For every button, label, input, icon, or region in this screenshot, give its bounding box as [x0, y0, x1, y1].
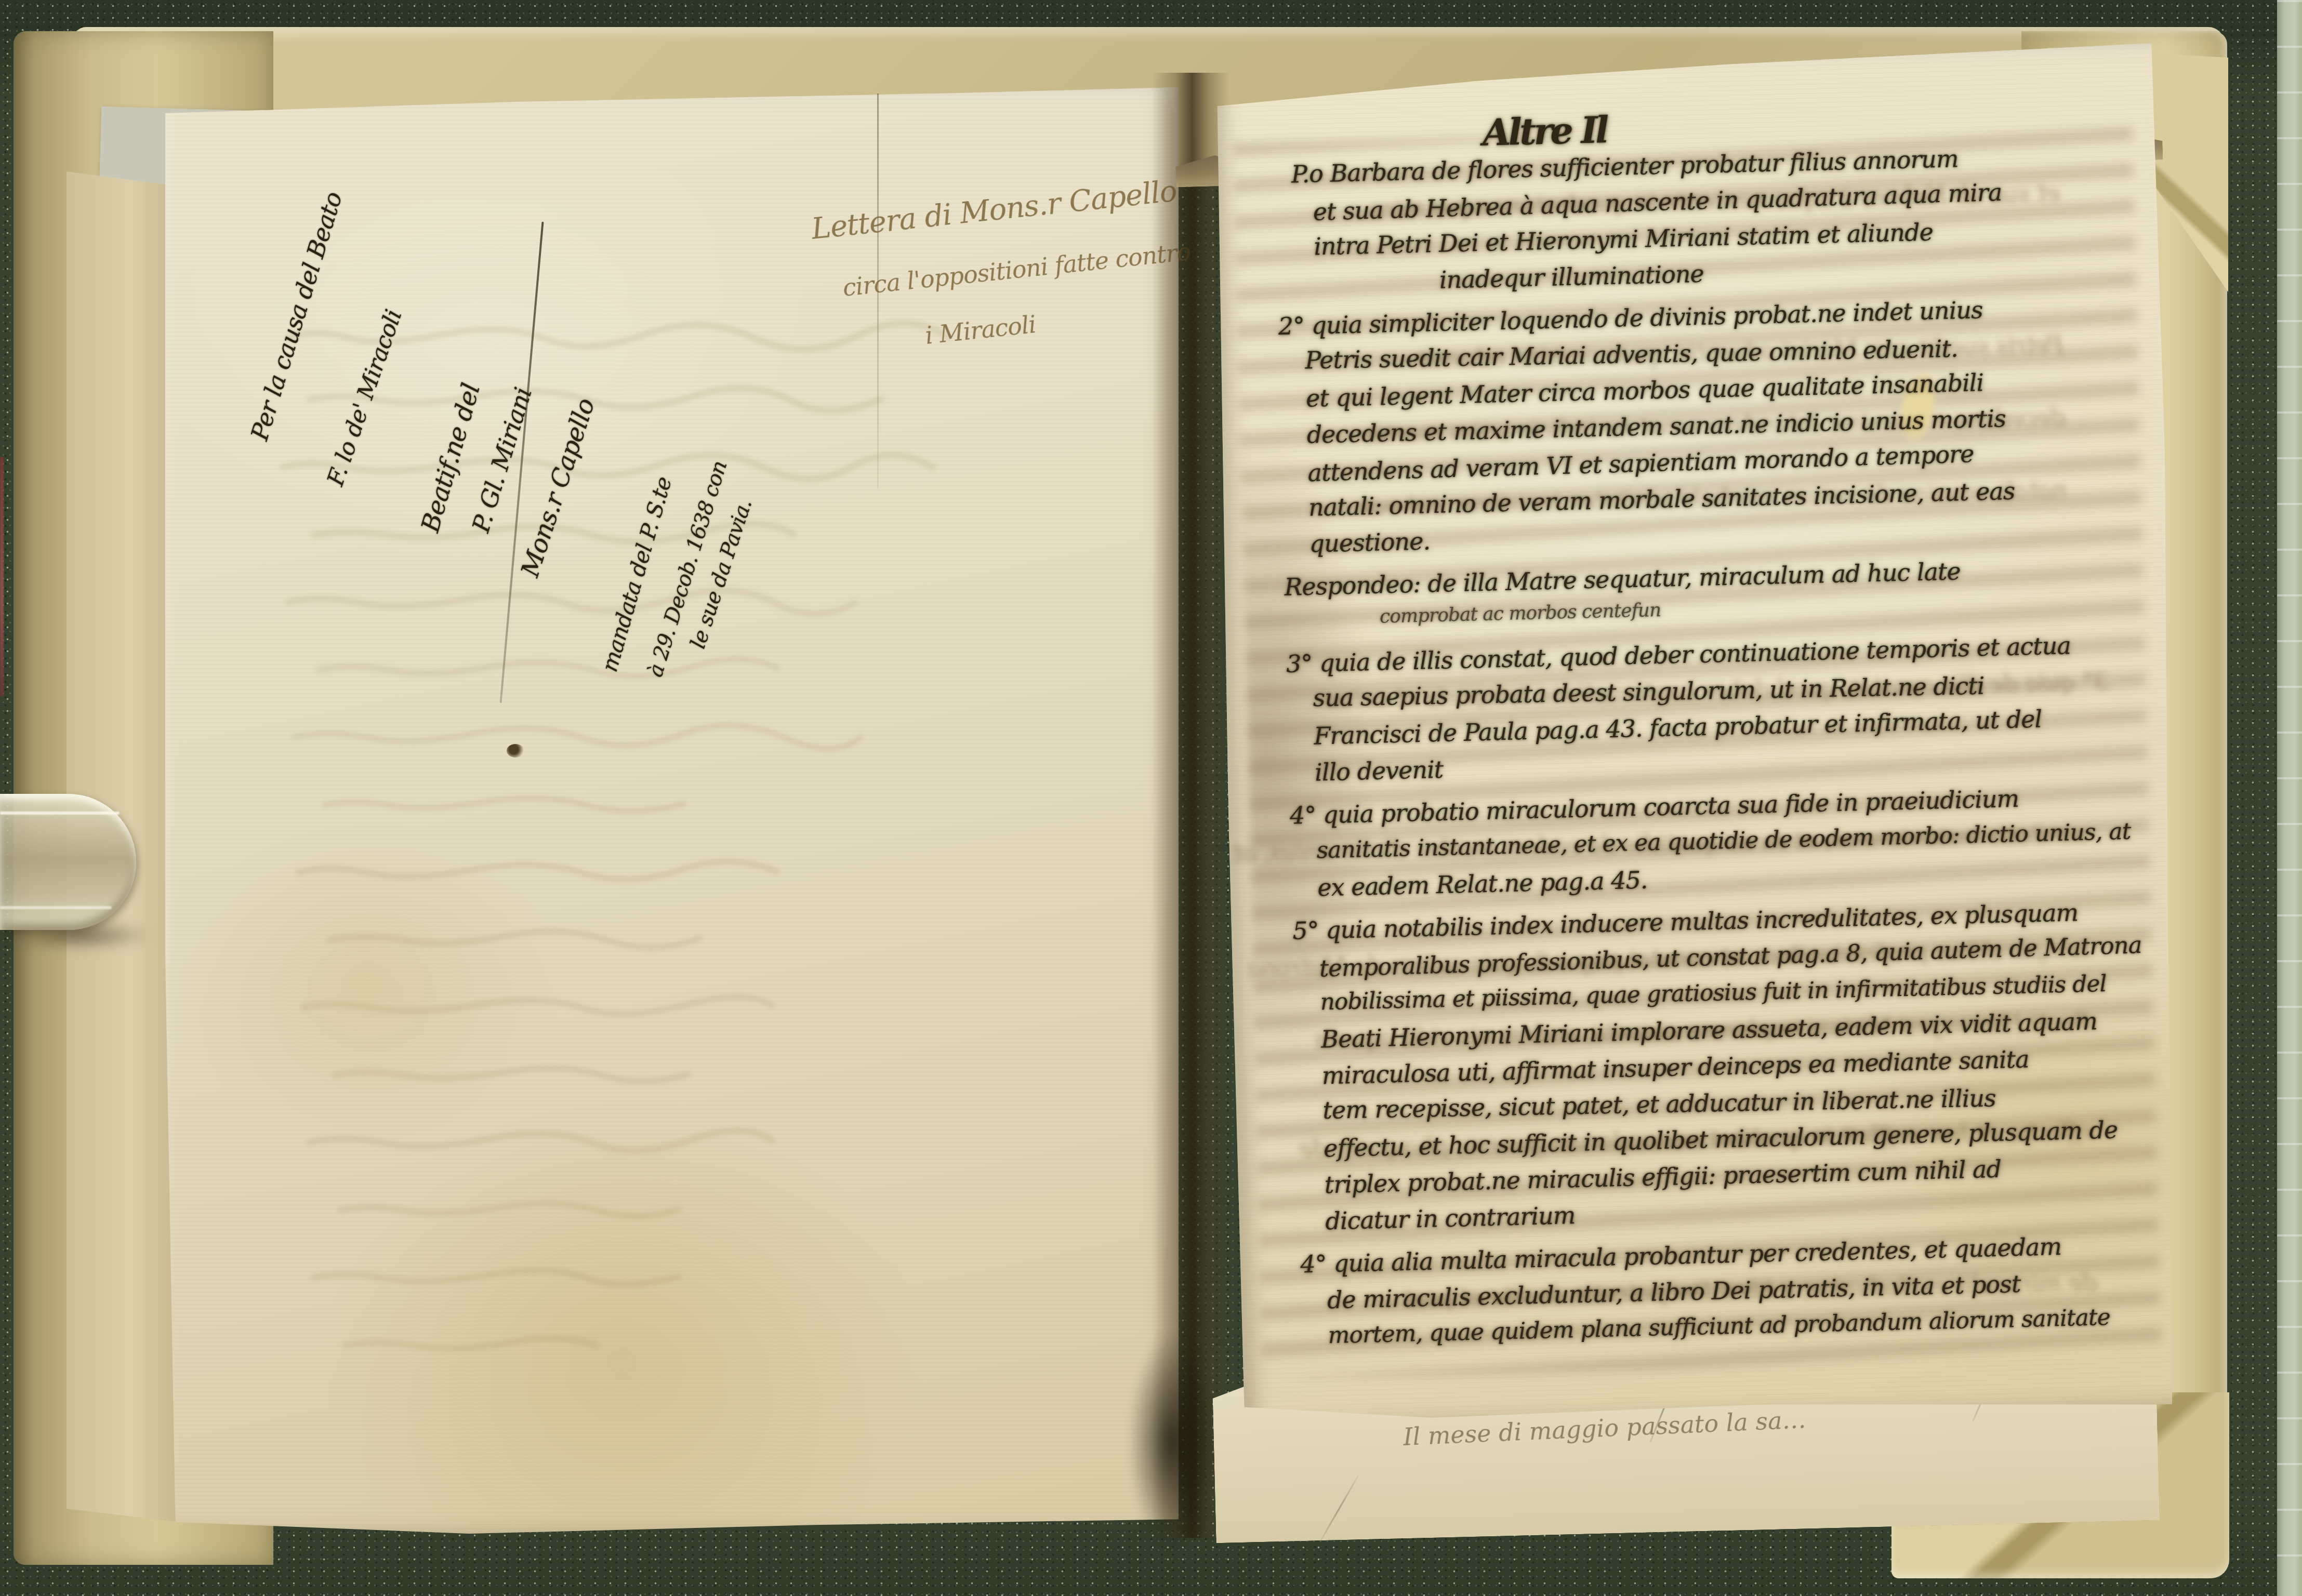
manuscript-line: questione.	[1309, 527, 1430, 557]
manuscript-line: illo devenit	[1314, 755, 1443, 787]
scanner-edge-strip	[2277, 0, 2302, 1596]
ghost-bleedthrough-left	[223, 291, 1159, 1434]
glass-weight-rod	[0, 794, 136, 930]
right-page: et sua ab Hebrea à aqua nascente in quad…	[1211, 43, 2187, 1426]
gutter-bottom-shadow	[1128, 1330, 1216, 1553]
opening-flourish: Altre Il	[1482, 108, 1607, 154]
red-edge-sliver	[0, 457, 4, 696]
ink-stain-spot	[507, 744, 524, 757]
book-gutter-shadow	[1152, 73, 1229, 1538]
manuscript-line: dicatur in contrarium	[1325, 1201, 1576, 1235]
